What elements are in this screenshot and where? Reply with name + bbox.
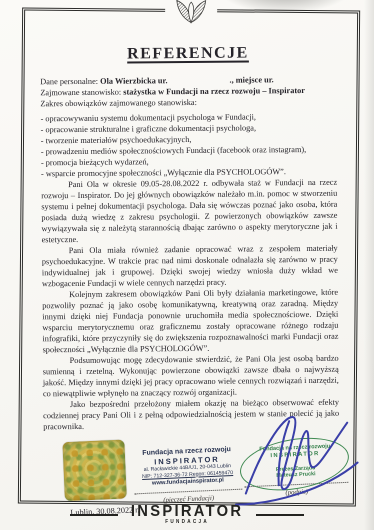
scope-heading: Zakres obowiązków zajmowanego stanowiska… [40,96,336,110]
person-name: Ola Wierzbicka ur. [100,76,167,86]
document-title: REFERENCJE [38,47,338,61]
personal-data-block: Dane personalne: Ola Wierzbicka ur.., mi… [40,74,336,110]
body-paragraphs: Pani Ola w okresie 09.05-28.08.2022 r. o… [39,177,341,433]
position-value: stażystka w Fundacji na rzecz rozwoju – … [123,86,305,97]
holographic-seal [62,440,127,502]
letter-content: REFERENCJE Dane personalne: Ola Wierzbic… [38,13,342,530]
reference-letter-page: { "title": "REFERENCJE", "personal": { "… [0,0,374,530]
paragraph: Kolejnym zakresem obowiązków Pani Oli by… [42,287,339,356]
logo-name: INSPIRATOR [131,504,243,519]
president-stamp-area: Fundacja na rzecz rozwoju INSPIRATOR Pre… [238,435,353,500]
logo-text-block: INSPIRATOR FUNDACJA [131,504,243,525]
position-label: Zajmowane stanowisko: [40,88,123,98]
logo-left-dash [70,514,118,516]
duties-list: - opracowywaniu systemu dokumentacji psy… [38,111,339,180]
paragraph: Pani Ola miała również zadanie opracować… [42,243,338,290]
decorative-border-frame: REFERENCJE Dane personalne: Ola Wierzbic… [18,8,360,507]
logo-right-dash [256,514,304,516]
foundation-stamp: Fundacja na rzecz rozwoju INSPIRATOR al.… [128,446,246,508]
paragraph: Jako bezpośredni przełożony miałem okazj… [43,397,339,433]
redacted-gap [168,83,230,84]
inspirator-logo: INSPIRATOR FUNDACJA [0,504,374,525]
personal-label: Dane personalne: [40,77,100,87]
paragraph: Podsumowując mogę zdecydowanie stwierdzi… [43,353,339,400]
paragraph: Pani Ola w okresie 09.05-28.08.2022 r. o… [41,177,338,246]
paper-sheet: REFERENCJE Dane personalne: Ola Wierzbic… [0,0,374,530]
personal-line-1-suffix: ., miejsce ur. [229,75,273,84]
